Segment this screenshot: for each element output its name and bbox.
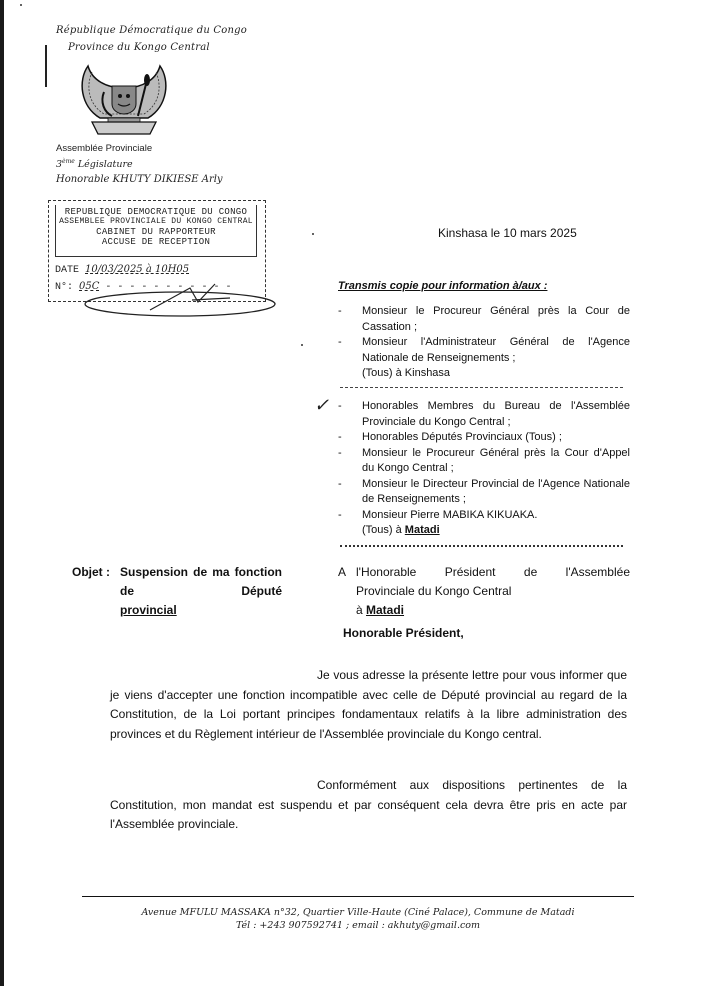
letter-date: Kinshasa le 10 mars 2025 <box>438 226 577 240</box>
scan-edge <box>0 0 4 986</box>
stamp-line: ACCUSE DE RECEPTION <box>56 237 256 247</box>
cc-group-tail: (Tous) à Matadi <box>338 523 630 539</box>
stamp-line: REPUBLIQUE DEMOCRATIQUE DU CONGO <box>56 207 256 217</box>
signature <box>80 280 280 325</box>
scan-speck <box>20 4 22 6</box>
cc-group-kinshasa: -Monsieur le Procureur Général près la C… <box>338 304 630 382</box>
footer: Avenue MFULU MASSAKA n°32, Quartier Vill… <box>82 906 634 932</box>
body-paragraph: Je vous adresse la présente lettre pour … <box>110 666 627 744</box>
footer-contact: Tél : +243 907592741 ; email : akhuty@gm… <box>82 919 634 932</box>
check-mark-icon: ✓ <box>314 395 329 416</box>
letterhead-country: République Démocratique du Congo <box>56 25 247 36</box>
footer-divider <box>82 896 634 897</box>
stamp-date: DATE 10/03/2025 à 10H05 <box>55 264 189 276</box>
letterhead-province: Province du Kongo Central <box>68 42 210 53</box>
list-item: -Monsieur le Procureur Général près la C… <box>338 304 630 335</box>
scan-speck <box>301 344 303 346</box>
subject-text: Suspension de ma fonction de Députéprovi… <box>120 563 282 620</box>
transmission-heading: Transmis copie pour information à/aux : <box>338 280 547 292</box>
scan-mark <box>45 45 47 87</box>
stamp-line: ASSEMBLEE PROVINCIALE DU KONGO CENTRAL <box>56 217 256 227</box>
list-item: -Honorables Membres du Bureau de l'Assem… <box>338 399 630 430</box>
legislature: 3ème Législature <box>56 158 133 170</box>
list-item: -Monsieur le Directeur Provincial de l'A… <box>338 477 630 508</box>
divider <box>340 545 623 547</box>
body-paragraph: Conformément aux dispositions pertinente… <box>110 776 627 835</box>
list-item: -Monsieur l'Administrateur Général de l'… <box>338 335 630 366</box>
cc-group-matadi: -Honorables Membres du Bureau de l'Assem… <box>338 399 630 539</box>
cc-group-tail: (Tous) à Kinshasa <box>338 366 630 382</box>
member-name: Honorable KHUTY DIKIESE Arly <box>56 174 223 185</box>
recipient-block: A l'Honorable Président de l'Assemblée P… <box>338 563 630 620</box>
list-item: -Monsieur Pierre MABIKA KIKUAKA. <box>338 508 630 524</box>
recipient-line: l'Honorable Président de l'Assemblée <box>356 563 630 582</box>
divider <box>340 387 623 388</box>
recipient-line: Provinciale du Kongo Central <box>356 582 630 601</box>
subject-label: Objet : <box>72 563 110 582</box>
list-item: -Honorables Députés Provinciaux (Tous) ; <box>338 430 630 446</box>
subject-block: Objet : Suspension de ma fonction de Dép… <box>72 563 282 620</box>
list-item: -Monsieur le Procureur Général près la C… <box>338 446 630 477</box>
salutation: Honorable Président, <box>343 626 464 640</box>
recipient-line: à Matadi <box>356 601 630 620</box>
institution-name: Assemblée Provinciale <box>56 143 152 154</box>
coat-of-arms-icon <box>78 58 170 138</box>
scan-speck <box>312 233 314 235</box>
footer-address: Avenue MFULU MASSAKA n°32, Quartier Vill… <box>82 906 634 919</box>
stamp-line: CABINET DU RAPPORTEUR <box>56 227 256 237</box>
